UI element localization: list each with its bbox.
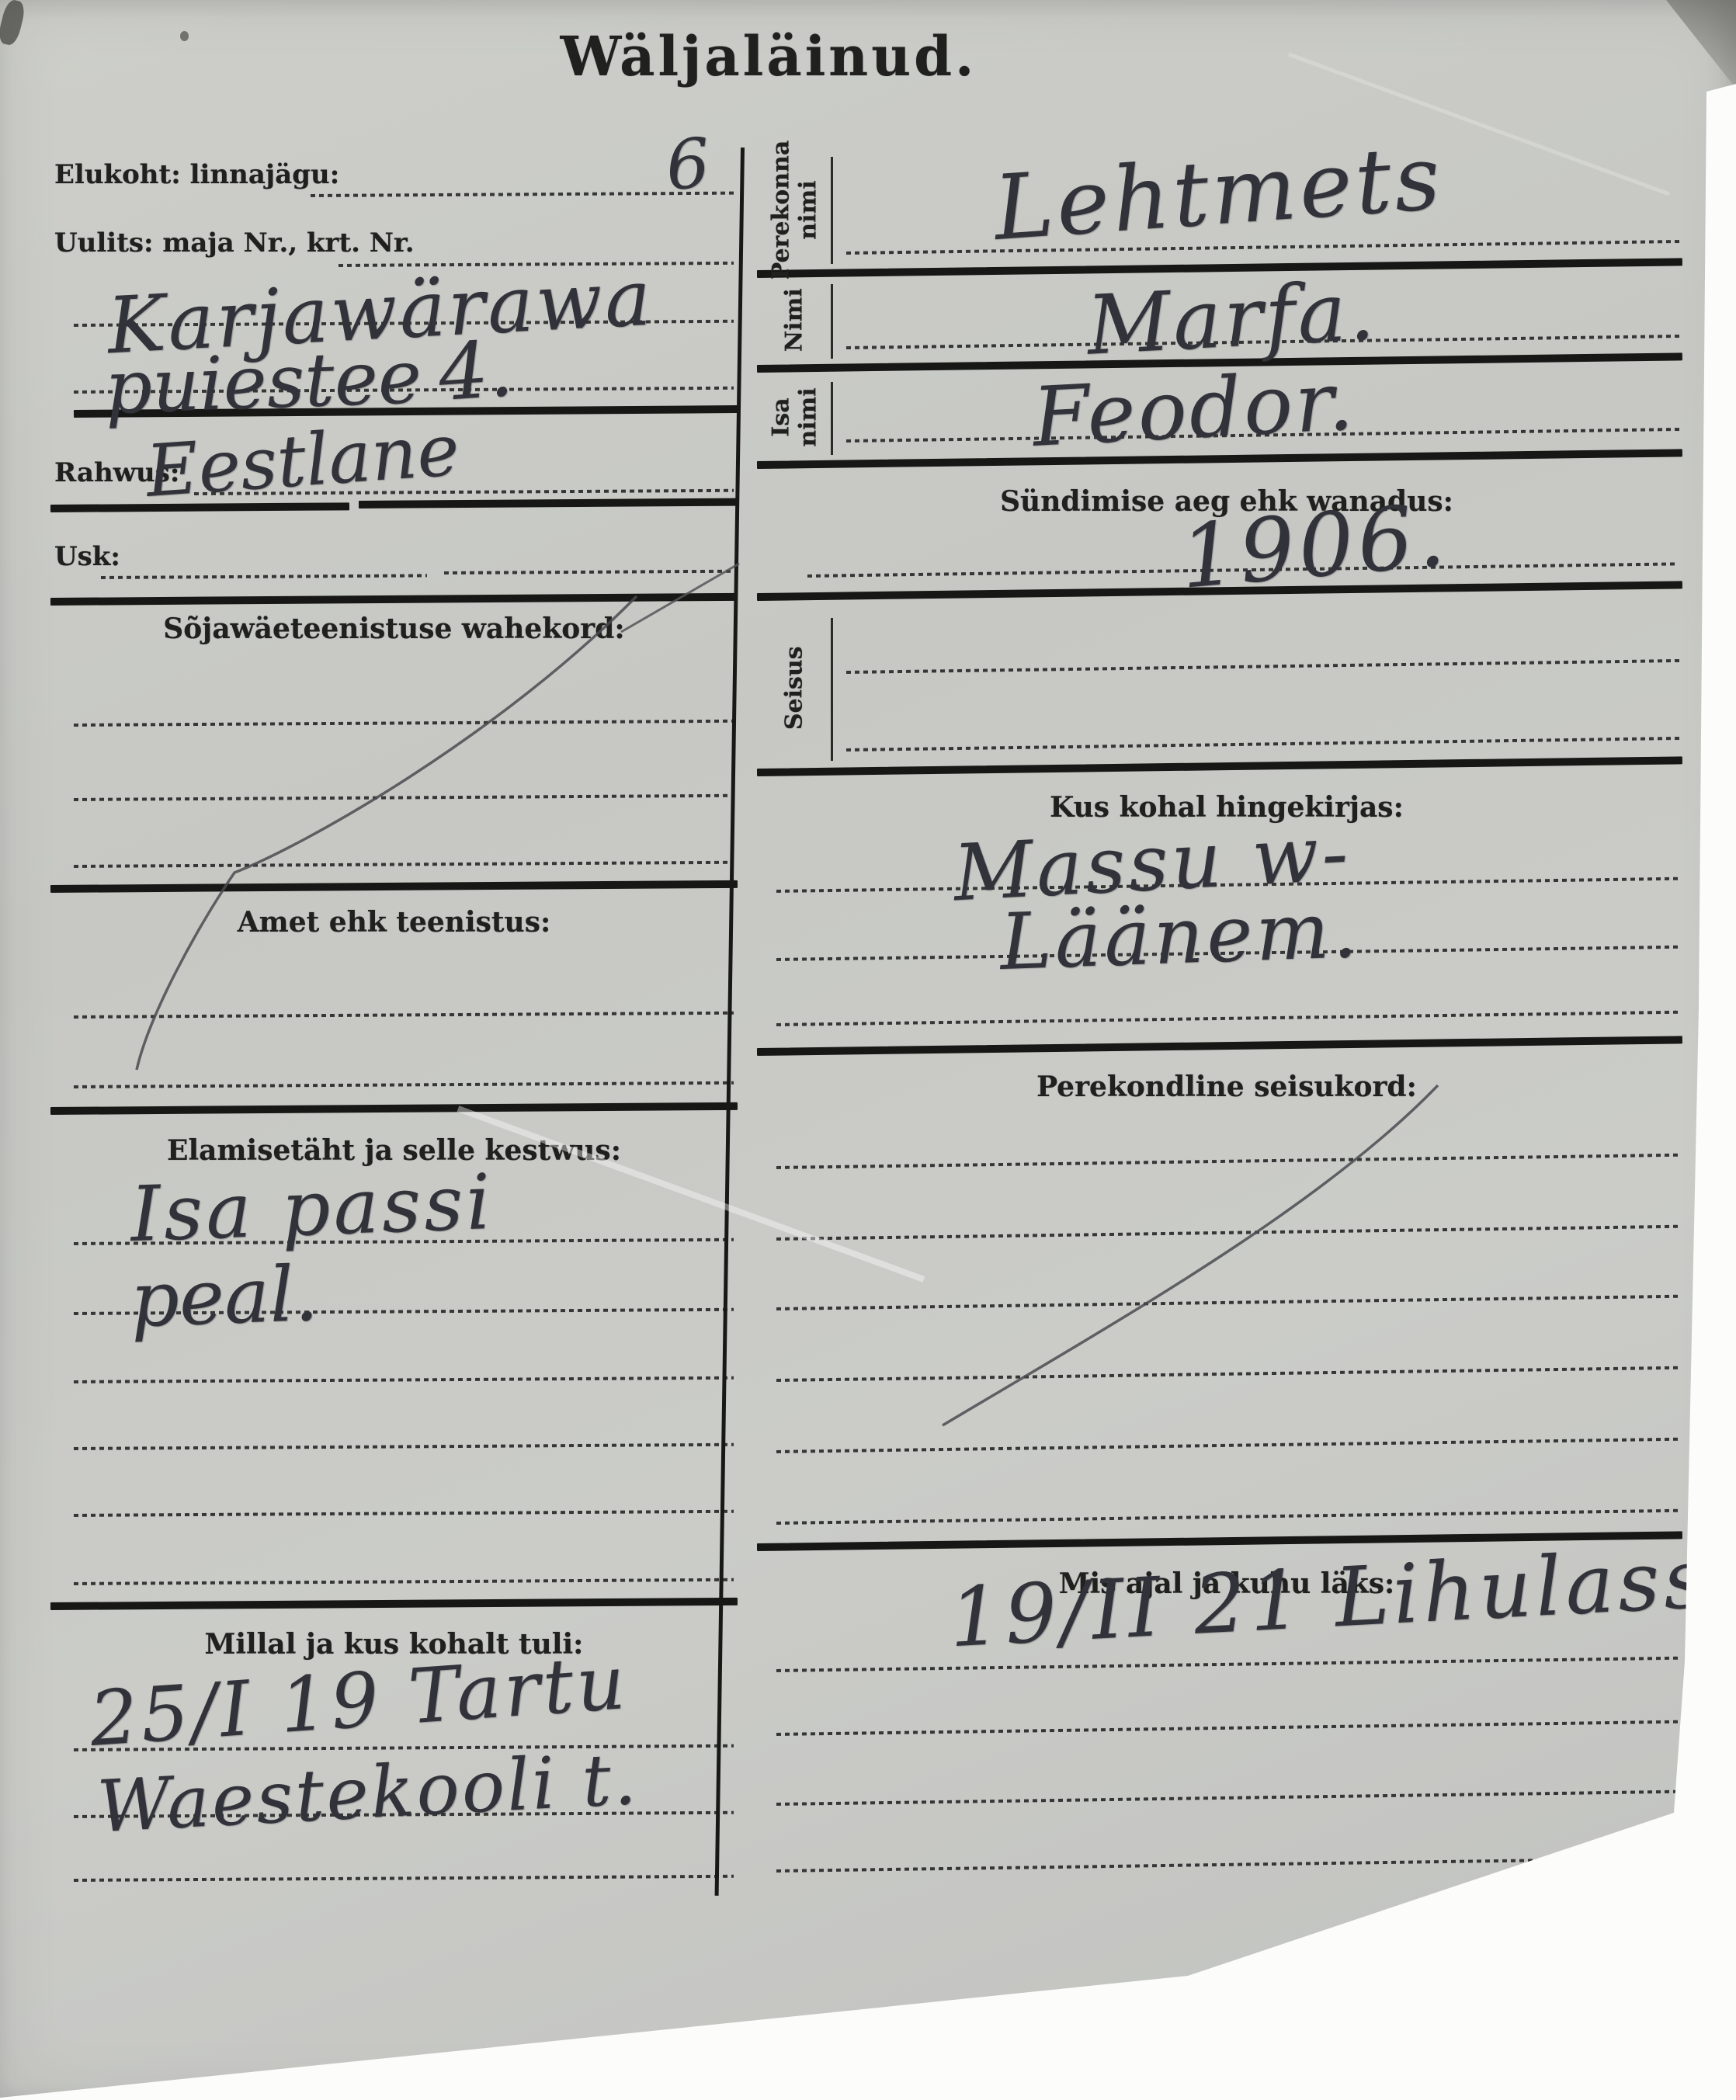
field-label-nimi: Nimi: [759, 281, 831, 359]
handwritten-father-name: Feodor.: [1031, 360, 1358, 459]
dotted-line: [74, 794, 734, 801]
section-divider-line: [50, 593, 738, 606]
section-divider-line: [50, 880, 738, 893]
dotted-line: [846, 737, 1681, 751]
handwritten-surname: Lehtmets: [991, 134, 1446, 254]
vertical-label-line: nimi: [795, 387, 822, 446]
handwritten-elamisetaht-line1: Isa passi: [129, 1165, 495, 1253]
section-divider-line: [50, 1598, 738, 1610]
vertical-label-line: Seisus: [782, 646, 809, 730]
dotted-line: [776, 1657, 1681, 1672]
label-separator-line: [831, 618, 833, 761]
vertical-label-line: Perekonna: [769, 140, 796, 279]
field-label-uulits: Uulits: maja Nr., krt. Nr.: [54, 230, 415, 258]
ink-speck: [180, 31, 189, 41]
page-title: Wäljaläinud.: [481, 28, 1056, 85]
dotted-line: [74, 1443, 734, 1450]
dotted-line: [776, 1154, 1681, 1169]
military-section-strikethrough-stroke: [137, 596, 637, 1070]
handwritten-elamisetaht-line2: peal.: [129, 1256, 319, 1338]
handwritten-hingekirjas-line2: Läänem.: [998, 891, 1361, 981]
folded-corner: [1666, 0, 1736, 89]
field-label-isa-nimi: Isa nimi: [759, 379, 831, 455]
dotted-line: [74, 720, 734, 727]
ink-speck: [0, 0, 27, 47]
dotted-line: [776, 1438, 1681, 1453]
dotted-line: [74, 1012, 734, 1019]
field-label-elukoht: Elukoht: linnajägu:: [54, 161, 339, 189]
dotted-line: [776, 1011, 1681, 1026]
dotted-line: [776, 1225, 1681, 1241]
dotted-line: [846, 659, 1681, 674]
label-separator-line: [831, 157, 833, 264]
section-header-perekondline: Perekondline seisukord:: [776, 1073, 1677, 1102]
dotted-line: [74, 861, 734, 868]
field-label-seisus: Seisus: [759, 613, 831, 762]
label-separator-line: [831, 284, 833, 359]
field-label-perekonna-nimi: Perekonna nimi: [759, 152, 831, 267]
handwritten-given-name: Marfa.: [1085, 270, 1379, 366]
handwritten-departure: 19/II 21 Lihulasse: [947, 1536, 1736, 1660]
registration-card: Wäljaläinud. Elukoht: linnajägu: 6 Uulit…: [0, 0, 1736, 2100]
dotted-line: [74, 1875, 734, 1882]
handwritten-linnajagu-value: 6: [664, 129, 712, 200]
dotted-line: [776, 1790, 1677, 1806]
handwritten-birth-year: 1906.: [1177, 491, 1452, 602]
dotted-line: [74, 1578, 734, 1585]
handwritten-street-line2: puiestee: [103, 341, 422, 425]
dotted-line: [776, 1857, 1669, 1873]
handwritten-rahwus-value: Eestlane: [144, 415, 461, 508]
field-label-usk: Usk:: [54, 543, 120, 571]
dotted-line: [776, 1295, 1681, 1310]
vertical-label-line: Nimi: [782, 288, 809, 352]
dotted-line: [101, 574, 427, 579]
section-divider-line: [757, 756, 1682, 776]
vertical-label-line: nimi: [795, 140, 822, 279]
dotted-line: [776, 1509, 1681, 1525]
dotted-line: [444, 570, 734, 574]
dotted-line: [776, 1366, 1681, 1382]
label-separator-line: [831, 382, 833, 455]
section-header-amet: Amet ehk teenistus:: [50, 908, 738, 938]
handwritten-street-number: 4.: [436, 330, 516, 412]
vertical-label-line: Isa: [768, 387, 795, 446]
section-divider-line: [757, 1036, 1682, 1056]
section-divider-line: [50, 1102, 738, 1115]
dotted-line: [74, 1376, 734, 1383]
handwritten-millal-line1: 25/I 19 Tartu: [87, 1644, 630, 1757]
dotted-line: [74, 1081, 734, 1088]
dotted-line: [776, 1720, 1681, 1736]
handwritten-millal-line2: Waestekooli t.: [95, 1744, 640, 1843]
section-divider-line: [359, 498, 736, 509]
section-header-sojawaeteenistus: Sõjawäeteenistuse wahekord:: [50, 615, 738, 644]
dotted-line: [74, 1510, 734, 1517]
